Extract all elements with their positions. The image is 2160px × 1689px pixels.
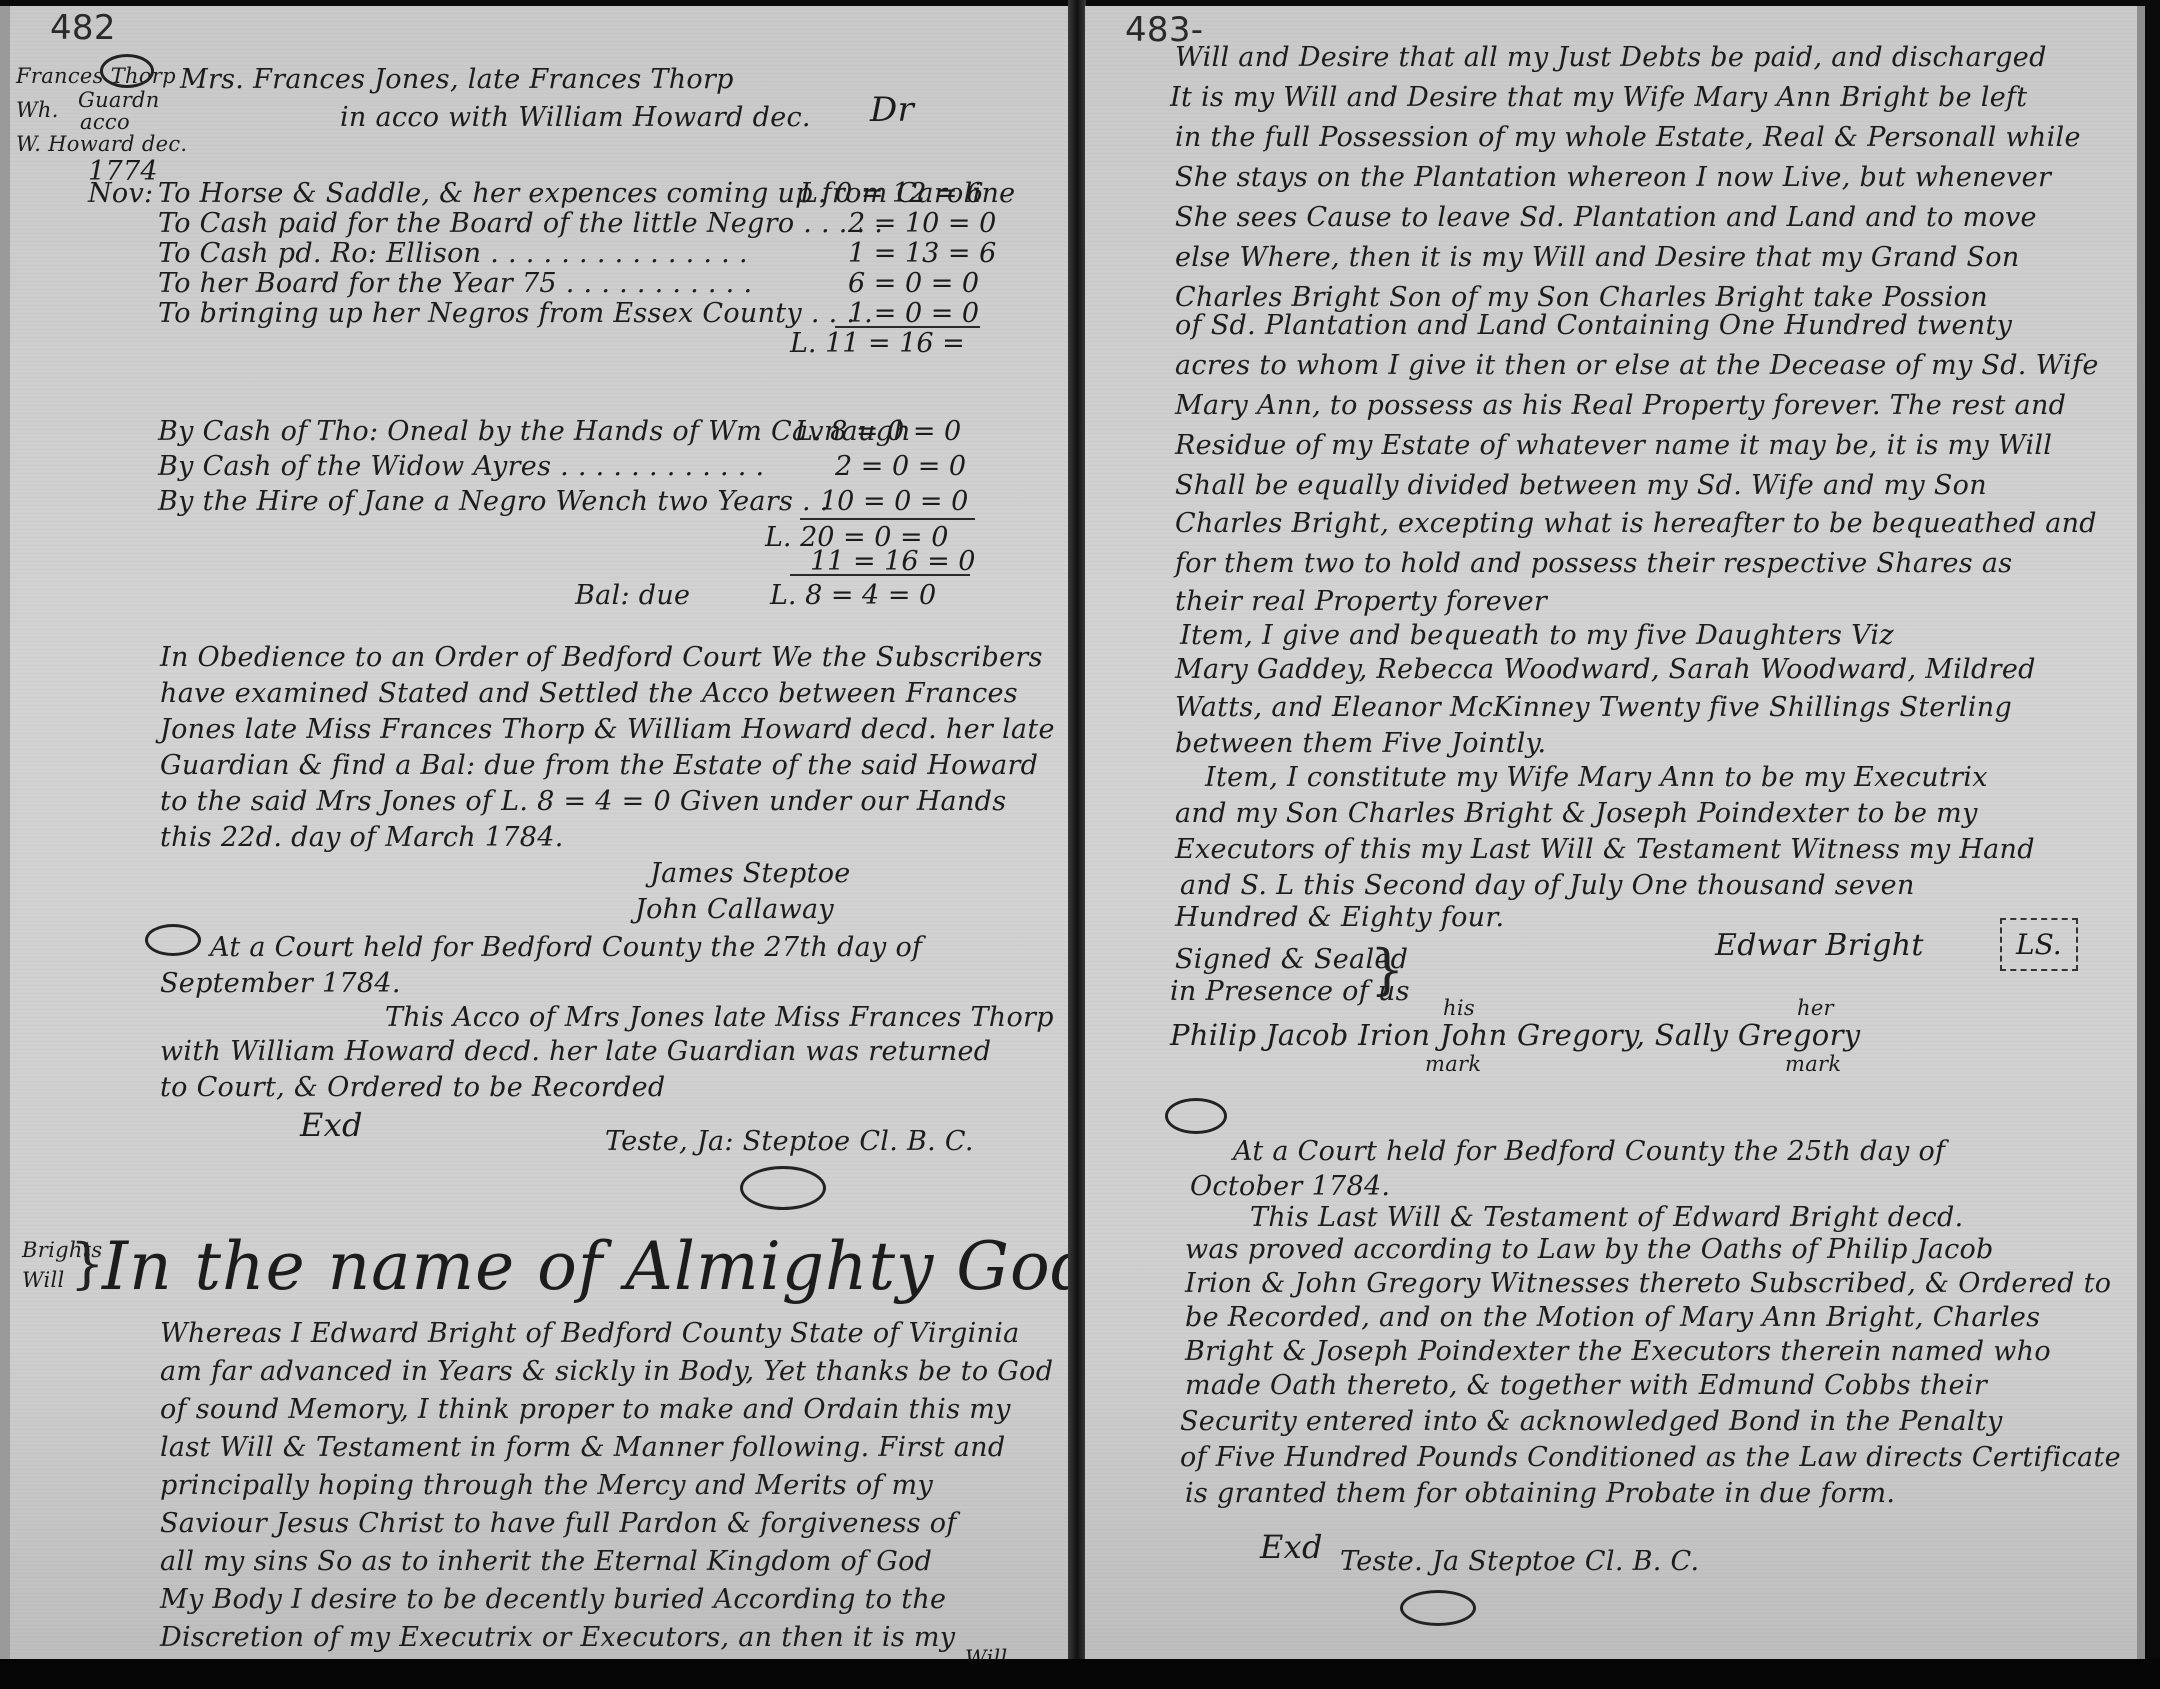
text-line: Jones late Miss Frances Thorp & William … [160, 714, 1055, 745]
page-bottom-edge [0, 1659, 2160, 1689]
text-line: At a Court held for Bedford County the 2… [210, 932, 922, 963]
witness-names: Philip Jacob Irion John Gregory, Sally G… [1170, 1018, 1860, 1052]
account-month: Nov: [88, 178, 153, 209]
teste-signature: Teste. Ja Steptoe Cl. B. C. [1340, 1546, 1699, 1577]
credit-amount: L. 8 = 0 = 0 [795, 416, 961, 447]
text-line: Charles Bright, excepting what is hereaf… [1175, 508, 2097, 539]
text-line: September 1784. [160, 968, 401, 999]
credit-item: By the Hire of Jane a Negro Wench two Ye… [158, 486, 829, 517]
text-line: October 1784. [1190, 1171, 1390, 1202]
right-page: 483- Will and Desire that all my Just De… [1085, 6, 2145, 1666]
text-line: made Oath thereto, & together with Edmun… [1185, 1370, 1987, 1401]
text-line: of Five Hundred Pounds Conditioned as th… [1180, 1442, 2121, 1473]
margin-note-guardian: Guardn [78, 88, 160, 112]
text-line: Charles Bright Son of my Son Charles Bri… [1175, 282, 1988, 313]
text-line: Guardian & find a Bal: due from the Esta… [160, 750, 1038, 781]
text-line: between them Five Jointly. [1175, 728, 1546, 759]
text-line: Saviour Jesus Christ to have full Pardon… [160, 1508, 957, 1539]
margin-note-acco: acco [80, 110, 130, 134]
text-line: was proved according to Law by the Oaths… [1185, 1234, 1994, 1265]
text-line: Shall be equally divided between my Sd. … [1175, 470, 1987, 501]
his-label: his [1443, 996, 1475, 1020]
text-line: Item, I give and bequeath to my five Dau… [1180, 620, 1894, 651]
text-line: She stays on the Plantation whereon I no… [1175, 162, 2051, 193]
text-line: This Last Will & Testament of Edward Bri… [1250, 1202, 1964, 1233]
text-line: She sees Cause to leave Sd. Plantation a… [1175, 202, 2037, 233]
seal-ls: LS. [2000, 918, 2078, 971]
debit-amount: 1 = 0 = 0 [848, 298, 979, 329]
text-line: last Will & Testament in form & Manner f… [160, 1432, 1005, 1463]
flourish-decoration [740, 1166, 826, 1210]
ledger-spread: 482 Frances Thorp Wh. Guardn acco W. How… [0, 0, 2160, 1689]
debit-amount: 2 = 10 = 0 [848, 208, 996, 239]
text-line: for them two to hold and possess their r… [1175, 548, 2012, 579]
text-line: Residue of my Estate of whatever name it… [1175, 430, 2052, 461]
text-line: It is my Will and Desire that my Wife Ma… [1170, 82, 2027, 113]
sum-rule [790, 574, 970, 576]
debit-total: L. 11 = 16 = [790, 328, 965, 359]
debit-subtracted: 11 = 16 = 0 [810, 546, 975, 577]
flourish-decoration [100, 54, 154, 88]
brace-icon: } [70, 1232, 104, 1295]
margin-note-prefix: Wh. [16, 98, 59, 122]
text-line: this 22d. day of March 1784. [160, 822, 564, 853]
debit-amount: L. 0 = 12 = 6 [800, 178, 983, 209]
text-line: Executors of this my Last Will & Testame… [1175, 834, 2035, 865]
examined-mark: Exd [1260, 1528, 1323, 1566]
text-line: Irion & John Gregory Witnesses thereto S… [1185, 1268, 2111, 1299]
margin-note-will: Will [22, 1268, 65, 1292]
debit-item: To bringing up her Negros from Essex Cou… [158, 298, 873, 329]
text-line: principally hoping through the Mercy and… [160, 1470, 933, 1501]
left-page: 482 Frances Thorp Wh. Guardn acco W. How… [0, 6, 1070, 1666]
text-line: to Court, & Ordered to be Recorded [160, 1072, 665, 1103]
text-line: am far advanced in Years & sickly in Bod… [160, 1356, 1053, 1387]
her-label: her [1797, 996, 1834, 1020]
text-line: of sound Memory, I think proper to make … [160, 1394, 1011, 1425]
mark-label: mark [1425, 1052, 1481, 1076]
credit-amount: 2 = 0 = 0 [835, 451, 966, 482]
book-gutter [1068, 0, 1086, 1689]
text-line: their real Property forever [1175, 586, 1547, 617]
debit-amount: 1 = 13 = 6 [848, 238, 996, 269]
text-line: Item, I constitute my Wife Mary Ann to b… [1205, 762, 1988, 793]
brace-icon: } [1370, 938, 1404, 1001]
examined-mark: Exd [300, 1106, 363, 1144]
text-line: Mary Gaddey, Rebecca Woodward, Sarah Woo… [1175, 654, 2036, 685]
teste-signature: Teste, Ja: Steptoe Cl. B. C. [605, 1126, 974, 1157]
text-line: and S. L this Second day of July One tho… [1180, 870, 1915, 901]
text-line: of Sd. Plantation and Land Containing On… [1175, 310, 2012, 341]
text-line: Bright & Joseph Poindexter the Executors… [1185, 1336, 2051, 1367]
credit-item: By Cash of the Widow Ayres . . . . . . .… [158, 451, 764, 482]
debit-item: To her Board for the Year 75 . . . . . .… [158, 268, 752, 299]
balance-label: Bal: due [575, 580, 690, 611]
text-line: all my sins So as to inherit the Eternal… [160, 1546, 932, 1577]
sum-rule [800, 518, 975, 520]
text-line: This Acco of Mrs Jones late Miss Frances… [385, 1002, 1054, 1033]
credit-amount: 10 = 0 = 0 [820, 486, 968, 517]
flourish-decoration [1165, 1098, 1227, 1134]
account-header-line1: Mrs. Frances Jones, late Frances Thorp [180, 64, 734, 95]
text-line: In Obedience to an Order of Bedford Cour… [160, 642, 1043, 673]
text-line: is granted them for obtaining Probate in… [1185, 1478, 1895, 1509]
margin-note-howard: W. Howard dec. [16, 132, 187, 156]
mark-label: mark [1785, 1052, 1841, 1076]
account-header-line2: in acco with William Howard dec. [340, 102, 811, 133]
text-line: Watts, and Eleanor McKinney Twenty five … [1175, 692, 2012, 723]
text-line: Discretion of my Executrix or Executors,… [160, 1622, 955, 1653]
debit-item: To Cash paid for the Board of the little… [158, 208, 883, 239]
text-line: be Recorded, and on the Motion of Mary A… [1185, 1302, 2040, 1333]
text-line: have examined Stated and Settled the Acc… [160, 678, 1018, 709]
text-line: At a Court held for Bedford County the 2… [1233, 1136, 1945, 1167]
will-heading: In the name of Almighty God [102, 1228, 1094, 1305]
signer-callaway: John Callaway [635, 894, 834, 925]
signer-steptoe: James Steptoe [650, 858, 851, 889]
text-line: Security entered into & acknowledged Bon… [1180, 1406, 2003, 1437]
debit-item: To Cash pd. Ro: Ellison . . . . . . . . … [158, 238, 748, 269]
text-line: Will and Desire that all my Just Debts b… [1175, 42, 2047, 73]
flourish-decoration [145, 924, 201, 956]
debtor-mark: Dr [870, 90, 914, 130]
text-line: acres to whom I give it then or else at … [1175, 350, 2099, 381]
text-line: Whereas I Edward Bright of Bedford Count… [160, 1318, 1020, 1349]
text-line: and my Son Charles Bright & Joseph Poind… [1175, 798, 1978, 829]
flourish-decoration [1400, 1590, 1476, 1626]
text-line: Mary Ann, to possess as his Real Propert… [1175, 390, 2066, 421]
text-line: Hundred & Eighty four. [1175, 902, 1504, 933]
text-line: with William Howard decd. her late Guard… [160, 1036, 991, 1067]
balance-amount: L. 8 = 4 = 0 [770, 580, 936, 611]
debit-amount: 6 = 0 = 0 [848, 268, 979, 299]
testator-signature: Edwar Bright [1715, 928, 1924, 963]
text-line: in the full Possession of my whole Estat… [1175, 122, 2081, 153]
text-line: to the said Mrs Jones of L. 8 = 4 = 0 Gi… [160, 786, 1006, 817]
page-number-left: 482 [50, 8, 116, 48]
text-line: else Where, then it is my Will and Desir… [1175, 242, 2020, 273]
text-line: My Body I desire to be decently buried A… [160, 1584, 946, 1615]
